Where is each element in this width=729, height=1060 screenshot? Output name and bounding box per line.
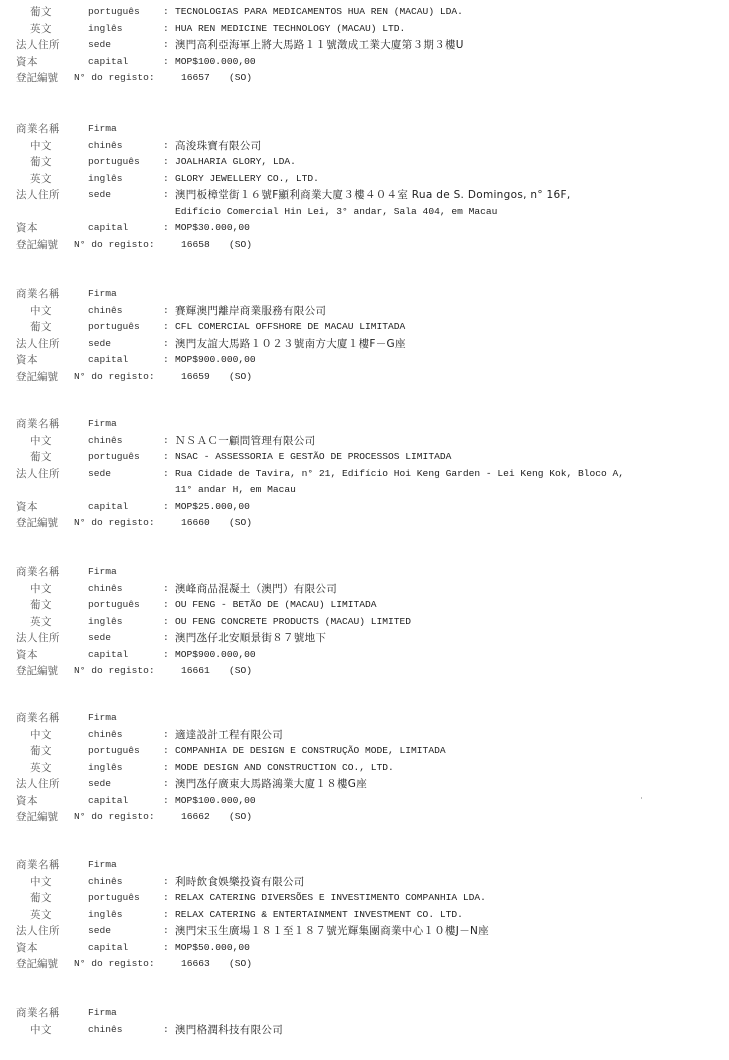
ingles-value: HUA REN MEDICINE TECHNOLOGY (MACAU) LTD. bbox=[175, 21, 405, 38]
chines-label-pt: chinês bbox=[88, 433, 123, 450]
portugues-value: NSAC - ASSESSORIA E GESTÃO DE PROCESSOS … bbox=[175, 449, 451, 466]
capital-row: 資本 capital : MOP$900.000,00 bbox=[0, 352, 729, 369]
sede-label-pt: sede bbox=[88, 336, 111, 353]
portugues-label-pt: português bbox=[88, 319, 140, 336]
firma-label-zh: 商業名稱 bbox=[16, 286, 60, 303]
registo-label-zh: 登記編號 bbox=[16, 663, 58, 680]
ingles-row: 英文 inglês : HUA REN MEDICINE TECHNOLOGY … bbox=[0, 21, 729, 38]
sede-row: 法人住所 sede : 澳門宋玉生廣場１８１至１８７號光輝集團商業中心１０樓J－… bbox=[0, 923, 729, 940]
registo-number: 16657 bbox=[181, 70, 210, 87]
firma-row: 商業名稱 Firma bbox=[0, 286, 729, 303]
chines-value: 澳門格潤科技有限公司 bbox=[175, 1022, 283, 1039]
registo-label-zh: 登記編號 bbox=[16, 809, 58, 826]
firma-label-zh: 商業名稱 bbox=[16, 416, 60, 433]
ingles-row: 英文 inglês : RELAX CATERING & ENTERTAINME… bbox=[0, 907, 729, 924]
portugues-label-pt: português bbox=[88, 597, 140, 614]
portugues-value: JOALHARIA GLORY, LDA. bbox=[175, 154, 296, 171]
chines-label-zh: 中文 bbox=[30, 1022, 52, 1039]
sede-label-zh: 法人住所 bbox=[16, 630, 60, 647]
chines-label-pt: chinês bbox=[88, 581, 123, 598]
registo-tag: (SO) bbox=[229, 515, 252, 532]
chines-row: 中文 chinês : ＮＳＡＣ一顧問管理有限公司 bbox=[0, 433, 729, 450]
colon: : bbox=[163, 499, 169, 516]
sede-label-zh: 法人住所 bbox=[16, 466, 60, 483]
registo-label-zh: 登記編號 bbox=[16, 237, 58, 254]
company-record-16660: 商業名稱 Firma 中文 chinês : ＮＳＡＣ一顧問管理有限公司 葡文 … bbox=[0, 416, 729, 532]
ingles-label-pt: inglês bbox=[88, 21, 123, 38]
capital-row: 資本 capital : MOP$25.000,00 bbox=[0, 499, 729, 516]
colon: : bbox=[163, 940, 169, 957]
firma-label-pt: Firma bbox=[88, 710, 117, 727]
capital-label-pt: capital bbox=[88, 940, 128, 957]
sede-label-pt: sede bbox=[88, 923, 111, 940]
capital-value: MOP$30.000,00 bbox=[175, 220, 250, 237]
capital-label-pt: capital bbox=[88, 647, 128, 664]
capital-value: MOP$900.000,00 bbox=[175, 352, 256, 369]
ingles-label-pt: inglês bbox=[88, 614, 123, 631]
company-record-16662: 商業名稱 Firma 中文 chinês : 適達設計工程有限公司 葡文 por… bbox=[0, 710, 729, 826]
sede-value: 澳門氹仔廣東大馬路鴻業大廈１８樓G座 bbox=[175, 776, 367, 793]
scan-speck bbox=[641, 797, 642, 799]
registo-row: 登記編號 N° do registo: 16663 (SO) bbox=[0, 956, 729, 973]
sede-row: 法人住所 sede : Rua Cidade de Tavira, n° 21,… bbox=[0, 466, 729, 483]
chines-value: 澳峰商品混凝土（澳門）有限公司 bbox=[175, 581, 337, 598]
chines-value: 高浚珠寶有限公司 bbox=[175, 138, 261, 155]
portugues-label-zh: 葡文 bbox=[30, 743, 52, 760]
company-record-partial: 商業名稱 Firma 中文 chinês : 澳門格潤科技有限公司 bbox=[0, 1005, 729, 1038]
colon: : bbox=[163, 154, 169, 171]
capital-label-zh: 資本 bbox=[16, 647, 38, 664]
capital-row: 資本 capital : MOP$50.000,00 bbox=[0, 940, 729, 957]
registo-tag: (SO) bbox=[229, 369, 252, 386]
portugues-label-zh: 葡文 bbox=[30, 890, 52, 907]
registo-row: 登記編號 N° do registo: 16659 (SO) bbox=[0, 369, 729, 386]
ingles-label-zh: 英文 bbox=[30, 614, 52, 631]
capital-label-pt: capital bbox=[88, 220, 128, 237]
chines-label-zh: 中文 bbox=[30, 433, 52, 450]
colon: : bbox=[163, 727, 169, 744]
portugues-label-pt: português bbox=[88, 449, 140, 466]
sede-row: 法人住所 sede : 澳門友誼大馬路１０２３號南方大廈１樓F－G座 bbox=[0, 336, 729, 353]
colon: : bbox=[163, 776, 169, 793]
registo-label-zh: 登記編號 bbox=[16, 369, 58, 386]
portugues-label-zh: 葡文 bbox=[30, 319, 52, 336]
sede-value: 澳門宋玉生廣場１８１至１８７號光輝集團商業中心１０樓J－N座 bbox=[175, 923, 489, 940]
company-record-16661: 商業名稱 Firma 中文 chinês : 澳峰商品混凝土（澳門）有限公司 葡… bbox=[0, 564, 729, 680]
sede-label-pt: sede bbox=[88, 466, 111, 483]
colon: : bbox=[163, 220, 169, 237]
capital-value: MOP$100.000,00 bbox=[175, 54, 256, 71]
firma-label-zh: 商業名稱 bbox=[16, 121, 60, 138]
capital-row: 資本 capital : MOP$100.000,00 bbox=[0, 793, 729, 810]
colon: : bbox=[163, 647, 169, 664]
registo-number: 16662 bbox=[181, 809, 210, 826]
portugues-label-zh: 葡文 bbox=[30, 154, 52, 171]
colon: : bbox=[163, 37, 169, 54]
registo-label-pt: N° do registo: bbox=[74, 515, 155, 532]
portugues-label-pt: português bbox=[88, 154, 140, 171]
ingles-row: 英文 inglês : MODE DESIGN AND CONSTRUCTION… bbox=[0, 760, 729, 777]
registo-label-pt: N° do registo: bbox=[74, 663, 155, 680]
colon: : bbox=[163, 433, 169, 450]
sede-row: 法人住所 sede : 澳門高利亞海軍上將大馬路１１號澂成工業大廈第３期３樓U bbox=[0, 37, 729, 54]
portugues-row: 葡文 português : RELAX CATERING DIVERSÕES … bbox=[0, 890, 729, 907]
colon: : bbox=[163, 138, 169, 155]
chines-row: 中文 chinês : 利時飲食娛樂投資有限公司 bbox=[0, 874, 729, 891]
colon: : bbox=[163, 907, 169, 924]
colon: : bbox=[163, 614, 169, 631]
sede-label-pt: sede bbox=[88, 187, 111, 204]
sede-row-continued: 11° andar H, em Macau bbox=[0, 482, 729, 499]
firma-row: 商業名稱 Firma bbox=[0, 1005, 729, 1022]
chines-row: 中文 chinês : 賽輝澳門離岸商業服務有限公司 bbox=[0, 303, 729, 320]
portugues-label-zh: 葡文 bbox=[30, 449, 52, 466]
colon: : bbox=[163, 890, 169, 907]
ingles-label-pt: inglês bbox=[88, 171, 123, 188]
ingles-value: OU FENG CONCRETE PRODUCTS (MACAU) LIMITE… bbox=[175, 614, 411, 631]
portugues-value: RELAX CATERING DIVERSÕES E INVESTIMENTO … bbox=[175, 890, 486, 907]
sede-row: 法人住所 sede : 澳門氹仔廣東大馬路鴻業大廈１８樓G座 bbox=[0, 776, 729, 793]
sede-value: Rua Cidade de Tavira, n° 21, Edifício Ho… bbox=[175, 466, 624, 483]
sede-row-continued: Edifício Comercial Hin Lei, 3° andar, Sa… bbox=[0, 204, 729, 221]
sede-label-zh: 法人住所 bbox=[16, 336, 60, 353]
chines-row: 中文 chinês : 高浚珠寶有限公司 bbox=[0, 138, 729, 155]
portugues-row: 葡文 português : TECNOLOGIAS PARA MEDICAME… bbox=[0, 4, 729, 21]
colon: : bbox=[163, 630, 169, 647]
firma-row: 商業名稱 Firma bbox=[0, 564, 729, 581]
chines-row: 中文 chinês : 適達設計工程有限公司 bbox=[0, 727, 729, 744]
colon: : bbox=[163, 54, 169, 71]
registo-label-pt: N° do registo: bbox=[74, 956, 155, 973]
sede-row: 法人住所 sede : 澳門板樟堂街１６號F顯利商業大廈３樓４０４室 Rua d… bbox=[0, 187, 729, 204]
capital-label-pt: capital bbox=[88, 352, 128, 369]
portugues-row: 葡文 português : JOALHARIA GLORY, LDA. bbox=[0, 154, 729, 171]
firma-row: 商業名稱 Firma bbox=[0, 710, 729, 727]
firma-label-zh: 商業名稱 bbox=[16, 1005, 60, 1022]
portugues-label-pt: português bbox=[88, 4, 140, 21]
registo-label-zh: 登記編號 bbox=[16, 515, 58, 532]
registo-number: 16659 bbox=[181, 369, 210, 386]
registo-label-pt: N° do registo: bbox=[74, 369, 155, 386]
sede-value-line-2: 11° andar H, em Macau bbox=[175, 482, 296, 499]
ingles-label-pt: inglês bbox=[88, 760, 123, 777]
ingles-label-pt: inglês bbox=[88, 907, 123, 924]
portugues-value: OU FENG - BETÃO DE (MACAU) LIMITADA bbox=[175, 597, 377, 614]
registo-row: 登記編號 N° do registo: 16657 (SO) bbox=[0, 70, 729, 87]
capital-label-zh: 資本 bbox=[16, 499, 38, 516]
company-record-16657: 葡文 português : TECNOLOGIAS PARA MEDICAME… bbox=[0, 4, 729, 87]
portugues-label-zh: 葡文 bbox=[30, 597, 52, 614]
firma-label-pt: Firma bbox=[88, 121, 117, 138]
chines-value: 適達設計工程有限公司 bbox=[175, 727, 283, 744]
sede-label-zh: 法人住所 bbox=[16, 923, 60, 940]
chines-label-zh: 中文 bbox=[30, 581, 52, 598]
ingles-label-zh: 英文 bbox=[30, 21, 52, 38]
sede-label-zh: 法人住所 bbox=[16, 187, 60, 204]
colon: : bbox=[163, 1022, 169, 1039]
colon: : bbox=[163, 760, 169, 777]
registo-tag: (SO) bbox=[229, 809, 252, 826]
capital-label-pt: capital bbox=[88, 499, 128, 516]
ingles-label-zh: 英文 bbox=[30, 760, 52, 777]
firma-row: 商業名稱 Firma bbox=[0, 416, 729, 433]
colon: : bbox=[163, 21, 169, 38]
colon: : bbox=[163, 466, 169, 483]
chines-row: 中文 chinês : 澳峰商品混凝土（澳門）有限公司 bbox=[0, 581, 729, 598]
chines-label-pt: chinês bbox=[88, 303, 123, 320]
firma-row: 商業名稱 Firma bbox=[0, 857, 729, 874]
registo-row: 登記編號 N° do registo: 16658 (SO) bbox=[0, 237, 729, 254]
ingles-label-zh: 英文 bbox=[30, 907, 52, 924]
ingles-value: MODE DESIGN AND CONSTRUCTION CO., LTD. bbox=[175, 760, 394, 777]
firma-label-pt: Firma bbox=[88, 416, 117, 433]
chines-label-zh: 中文 bbox=[30, 303, 52, 320]
chines-value: ＮＳＡＣ一顧問管理有限公司 bbox=[175, 433, 315, 450]
colon: : bbox=[163, 743, 169, 760]
ingles-value: RELAX CATERING & ENTERTAINMENT INVESTMEN… bbox=[175, 907, 463, 924]
ingles-row: 英文 inglês : GLORY JEWELLERY CO., LTD. bbox=[0, 171, 729, 188]
portugues-value: TECNOLOGIAS PARA MEDICAMENTOS HUA REN (M… bbox=[175, 4, 463, 21]
ingles-label-zh: 英文 bbox=[30, 171, 52, 188]
colon: : bbox=[163, 303, 169, 320]
chines-row: 中文 chinês : 澳門格潤科技有限公司 bbox=[0, 1022, 729, 1039]
registo-tag: (SO) bbox=[229, 70, 252, 87]
sede-label-zh: 法人住所 bbox=[16, 37, 60, 54]
colon: : bbox=[163, 319, 169, 336]
registo-label-pt: N° do registo: bbox=[74, 70, 155, 87]
registo-label-zh: 登記編號 bbox=[16, 956, 58, 973]
colon: : bbox=[163, 597, 169, 614]
chines-label-pt: chinês bbox=[88, 874, 123, 891]
capital-label-zh: 資本 bbox=[16, 940, 38, 957]
firma-label-zh: 商業名稱 bbox=[16, 857, 60, 874]
firma-label-pt: Firma bbox=[88, 857, 117, 874]
capital-value: MOP$900.000,00 bbox=[175, 647, 256, 664]
chines-label-pt: chinês bbox=[88, 727, 123, 744]
colon: : bbox=[163, 4, 169, 21]
registo-label-pt: N° do registo: bbox=[74, 809, 155, 826]
registo-tag: (SO) bbox=[229, 237, 252, 254]
registo-label-zh: 登記編號 bbox=[16, 70, 58, 87]
ingles-value: GLORY JEWELLERY CO., LTD. bbox=[175, 171, 319, 188]
capital-label-zh: 資本 bbox=[16, 54, 38, 71]
chines-label-pt: chinês bbox=[88, 1022, 123, 1039]
sede-label-pt: sede bbox=[88, 37, 111, 54]
colon: : bbox=[163, 923, 169, 940]
colon: : bbox=[163, 581, 169, 598]
portugues-label-pt: português bbox=[88, 743, 140, 760]
colon: : bbox=[163, 874, 169, 891]
registo-row: 登記編號 N° do registo: 16662 (SO) bbox=[0, 809, 729, 826]
capital-label-zh: 資本 bbox=[16, 352, 38, 369]
colon: : bbox=[163, 449, 169, 466]
registo-number: 16661 bbox=[181, 663, 210, 680]
portugues-row: 葡文 português : NSAC - ASSESSORIA E GESTÃ… bbox=[0, 449, 729, 466]
sede-value-line-2: Edifício Comercial Hin Lei, 3° andar, Sa… bbox=[175, 204, 497, 221]
colon: : bbox=[163, 171, 169, 188]
chines-value: 利時飲食娛樂投資有限公司 bbox=[175, 874, 305, 891]
colon: : bbox=[163, 352, 169, 369]
capital-row: 資本 capital : MOP$900.000,00 bbox=[0, 647, 729, 664]
sede-row: 法人住所 sede : 澳門氹仔北安順景街８７號地下 bbox=[0, 630, 729, 647]
sede-value: 澳門高利亞海軍上將大馬路１１號澂成工業大廈第３期３樓U bbox=[175, 37, 464, 54]
firma-label-zh: 商業名稱 bbox=[16, 564, 60, 581]
capital-label-zh: 資本 bbox=[16, 793, 38, 810]
colon: : bbox=[163, 336, 169, 353]
firma-row: 商業名稱 Firma bbox=[0, 121, 729, 138]
portugues-value: COMPANHIA DE DESIGN E CONSTRUÇÃO MODE, L… bbox=[175, 743, 446, 760]
company-record-16658: 商業名稱 Firma 中文 chinês : 高浚珠寶有限公司 葡文 portu… bbox=[0, 121, 729, 253]
capital-row: 資本 capital : MOP$100.000,00 bbox=[0, 54, 729, 71]
colon: : bbox=[163, 187, 169, 204]
firma-label-zh: 商業名稱 bbox=[16, 710, 60, 727]
portugues-row: 葡文 português : OU FENG - BETÃO DE (MACAU… bbox=[0, 597, 729, 614]
registo-label-pt: N° do registo: bbox=[74, 237, 155, 254]
sede-value: 澳門氹仔北安順景街８７號地下 bbox=[175, 630, 326, 647]
registo-row: 登記編號 N° do registo: 16661 (SO) bbox=[0, 663, 729, 680]
portugues-label-zh: 葡文 bbox=[30, 4, 52, 21]
registo-number: 16660 bbox=[181, 515, 210, 532]
portugues-row: 葡文 português : COMPANHIA DE DESIGN E CON… bbox=[0, 743, 729, 760]
company-record-16663: 商業名稱 Firma 中文 chinês : 利時飲食娛樂投資有限公司 葡文 p… bbox=[0, 857, 729, 973]
registo-tag: (SO) bbox=[229, 663, 252, 680]
sede-label-pt: sede bbox=[88, 776, 111, 793]
sede-label-pt: sede bbox=[88, 630, 111, 647]
chines-label-zh: 中文 bbox=[30, 874, 52, 891]
portugues-value: CFL COMERCIAL OFFSHORE DE MACAU LIMITADA bbox=[175, 319, 405, 336]
capital-value: MOP$50.000,00 bbox=[175, 940, 250, 957]
capital-label-pt: capital bbox=[88, 54, 128, 71]
portugues-row: 葡文 português : CFL COMERCIAL OFFSHORE DE… bbox=[0, 319, 729, 336]
chines-label-zh: 中文 bbox=[30, 727, 52, 744]
ingles-row: 英文 inglês : OU FENG CONCRETE PRODUCTS (M… bbox=[0, 614, 729, 631]
colon: : bbox=[163, 793, 169, 810]
capital-value: MOP$100.000,00 bbox=[175, 793, 256, 810]
registo-tag: (SO) bbox=[229, 956, 252, 973]
capital-value: MOP$25.000,00 bbox=[175, 499, 250, 516]
chines-value: 賽輝澳門離岸商業服務有限公司 bbox=[175, 303, 326, 320]
company-record-16659: 商業名稱 Firma 中文 chinês : 賽輝澳門離岸商業服務有限公司 葡文… bbox=[0, 286, 729, 385]
registo-number: 16658 bbox=[181, 237, 210, 254]
sede-label-zh: 法人住所 bbox=[16, 776, 60, 793]
capital-row: 資本 capital : MOP$30.000,00 bbox=[0, 220, 729, 237]
capital-label-pt: capital bbox=[88, 793, 128, 810]
firma-label-pt: Firma bbox=[88, 286, 117, 303]
registo-number: 16663 bbox=[181, 956, 210, 973]
registo-row: 登記編號 N° do registo: 16660 (SO) bbox=[0, 515, 729, 532]
chines-label-pt: chinês bbox=[88, 138, 123, 155]
sede-value: 澳門板樟堂街１６號F顯利商業大廈３樓４０４室 Rua de S. Domingo… bbox=[175, 187, 570, 204]
capital-label-zh: 資本 bbox=[16, 220, 38, 237]
firma-label-pt: Firma bbox=[88, 564, 117, 581]
chines-label-zh: 中文 bbox=[30, 138, 52, 155]
sede-value: 澳門友誼大馬路１０２３號南方大廈１樓F－G座 bbox=[175, 336, 406, 353]
portugues-label-pt: português bbox=[88, 890, 140, 907]
firma-label-pt: Firma bbox=[88, 1005, 117, 1022]
